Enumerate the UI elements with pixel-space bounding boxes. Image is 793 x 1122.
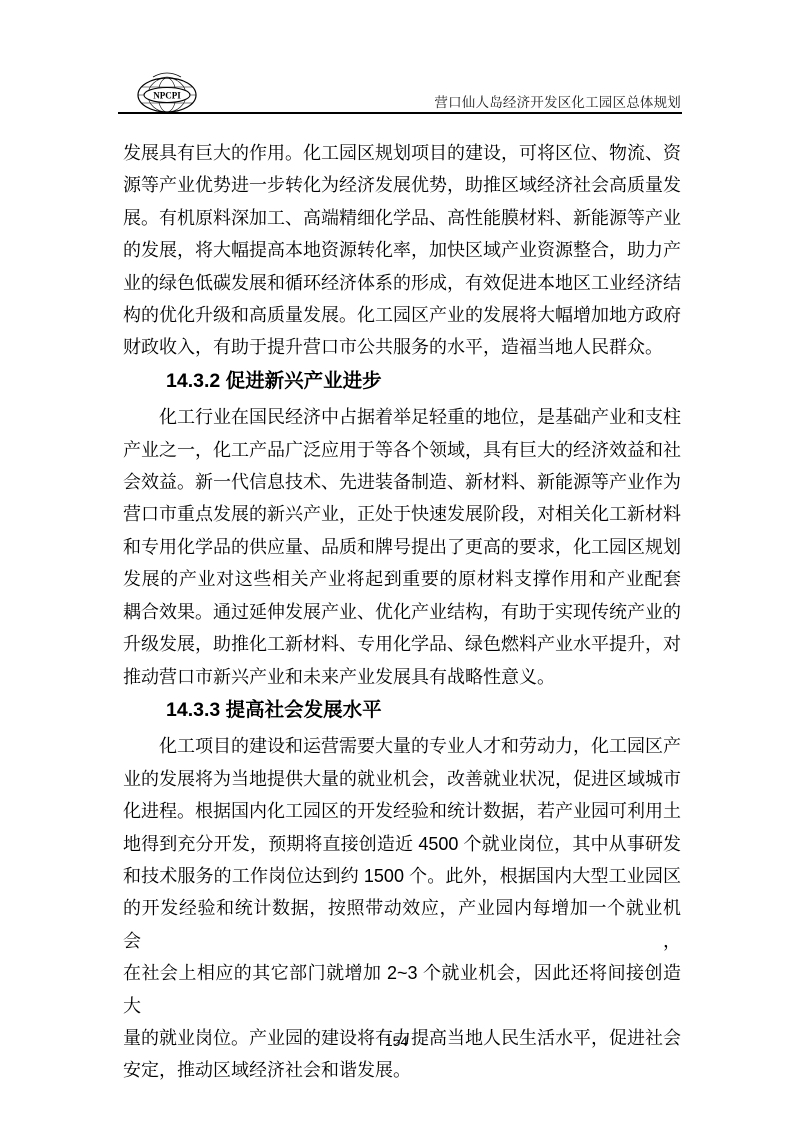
text-line: 财政收入，有助于提升营口市公共服务的水平，造福当地人民群众。: [123, 331, 681, 363]
text-line: 源等产业优势进一步转化为经济发展优势，助推区域经济社会高质量发: [123, 169, 681, 201]
text-line: 化工项目的建设和运营需要大量的专业人才和劳动力，化工园区产: [123, 730, 681, 762]
header-rule: [118, 112, 682, 114]
text-line: 发展的产业对这些相关产业将起到重要的原材料支撑作用和产业配套: [123, 563, 681, 595]
text-line: 升级发展，助推化工新材料、专用化学品、绿色燃料产业水平提升，对: [123, 628, 681, 660]
text-line: 的开发经验和统计数据，按照带动效应，产业园内每增加一个就业机会，: [123, 892, 681, 957]
section-heading-14-3-2: 14.3.2 促进新兴产业进步: [123, 365, 681, 397]
section-heading-14-3-3: 14.3.3 提高社会发展水平: [123, 694, 681, 726]
logo-text: NPCPI: [153, 91, 181, 101]
paragraph-continuation: 发展具有巨大的作用。化工园区规划项目的建设，可将区位、物流、资源等产业优势进一步…: [123, 137, 681, 364]
paragraph-section-14-3-2: 化工行业在国民经济中占据着举足轻重的地位，是基础产业和支柱产业之一，化工产品广泛…: [123, 401, 681, 693]
text-line: 化工行业在国民经济中占据着举足轻重的地位，是基础产业和支柱: [123, 401, 681, 433]
text-line: 发展具有巨大的作用。化工园区规划项目的建设，可将区位、物流、资: [123, 137, 681, 169]
page-number: 154: [0, 1033, 793, 1049]
text-line: 展。有机原料深加工、高端精细化学品、高性能膜材料、新能源等产业: [123, 202, 681, 234]
page-content: 发展具有巨大的作用。化工园区规划项目的建设，可将区位、物流、资源等产业优势进一步…: [123, 137, 681, 1087]
text-line: 耦合效果。通过延伸发展产业、优化产业结构，有助于实现传统产业的: [123, 596, 681, 628]
text-line: 地得到充分开发，预期将直接创造近 4500 个就业岗位，其中从事研发: [123, 828, 681, 860]
header-document-title: 营口仙人岛经济开发区化工园区总体规划: [434, 91, 681, 111]
text-line: 会效益。新一代信息技术、先进装备制造、新材料、新能源等产业作为: [123, 466, 681, 498]
text-line: 业的绿色低碳发展和循环经济体系的形成，有效促进本地区工业经济结: [123, 267, 681, 299]
text-line: 和技术服务的工作岗位达到约 1500 个。此外，根据国内大型工业园区: [123, 860, 681, 892]
text-line: 业的发展将为当地提供大量的就业机会，改善就业状况，促进区域城市: [123, 763, 681, 795]
text-line: 和专用化学品的供应量、品质和牌号提出了更高的要求，化工园区规划: [123, 531, 681, 563]
npcpi-globe-logo-icon: NPCPI: [135, 69, 199, 115]
text-line: 化进程。根据国内化工园区的开发经验和统计数据，若产业园可利用土: [123, 795, 681, 827]
text-line: 产业之一，化工产品广泛应用于等各个领域，具有巨大的经济效益和社: [123, 434, 681, 466]
text-line: 在社会上相应的其它部门就增加 2~3 个就业机会，因此还将间接创造大: [123, 957, 681, 1022]
document-page: NPCPI 营口仙人岛经济开发区化工园区总体规划 发展具有巨大的作用。化工园区规…: [0, 0, 793, 1122]
text-line: 营口市重点发展的新兴产业，正处于快速发展阶段，对相关化工新材料: [123, 498, 681, 530]
text-line: 构的优化升级和高质量发展。化工园区产业的发展将大幅增加地方政府: [123, 299, 681, 331]
text-line: 的发展，将大幅提高本地资源转化率，加快区域产业资源整合，助力产: [123, 234, 681, 266]
text-line: 安定，推动区域经济社会和谐发展。: [123, 1054, 681, 1086]
text-line: 推动营口市新兴产业和未来产业发展具有战略性意义。: [123, 661, 681, 693]
